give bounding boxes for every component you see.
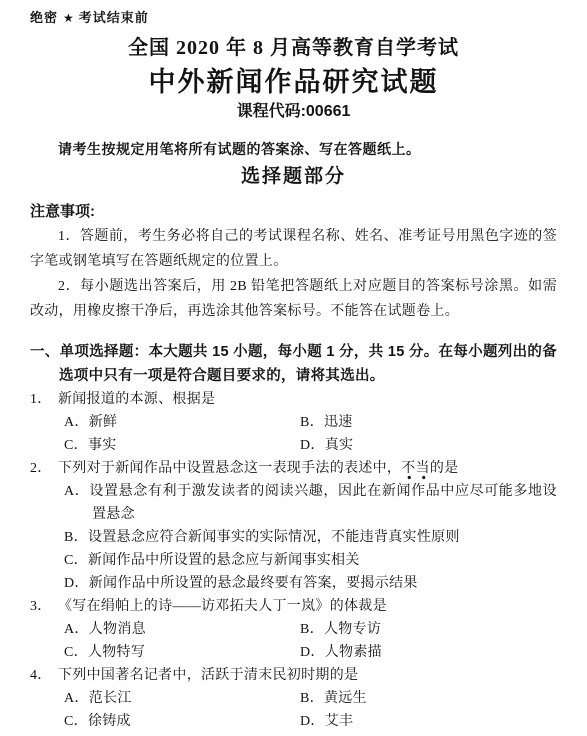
question-4-option-d: D．艾丰 [300, 710, 557, 733]
question-2-text-pre: 下列对于新闻作品中设置悬念这一表现手法的表述中， [58, 461, 401, 476]
question-3-options: A．人物消息 B．人物专访 C．人物特写 D．人物素描 [64, 618, 557, 664]
option-text: 新闻作品中所设置的悬念应与新闻事实相关 [88, 553, 360, 568]
option-text: 新鲜 [89, 415, 118, 430]
section-one-label: 一、单项选择题： [30, 344, 149, 360]
notes-title: 注意事项: [30, 199, 557, 224]
question-2-option-d: D．新闻作品中所设置的悬念最终要有答案，要揭示结果 [64, 572, 557, 595]
question-1-option-a: A．新鲜 [64, 411, 300, 434]
question-1-text: 新闻报道的本源、根据是 [58, 392, 215, 407]
exam-subject-title: 中外新闻作品研究试题 [30, 65, 557, 99]
question-2-emphasized-text: 不当 [401, 461, 430, 480]
note-item-1: 1．答题前，考生务必将自己的考试课程名称、姓名、准考证号用黑色字迹的签字笔或钢笔… [30, 224, 557, 274]
question-2-option-c: C．新闻作品中所设置的悬念应与新闻事实相关 [64, 549, 557, 572]
option-text: 设置悬念有利于激发读者的阅读兴趣，因此在新闻作品中应尽可能多地设置悬念 [89, 484, 557, 522]
exam-session-title: 全国 2020 年 8 月高等教育自学考试 [30, 35, 557, 61]
option-key: D． [300, 438, 325, 453]
question-3-stem: 3．《写在绢帕上的诗——访邓拓夫人丁一岚》的体裁是 [30, 595, 557, 618]
question-3-option-d: D．人物素描 [300, 641, 557, 664]
question-2-stem: 2．下列对于新闻作品中设置悬念这一表现手法的表述中，不当的是 [30, 457, 557, 480]
option-key: D． [300, 714, 325, 729]
question-3-option-a: A．人物消息 [64, 618, 300, 641]
question-1-number: 1． [30, 388, 58, 411]
option-text: 人物特写 [88, 645, 145, 660]
question-3-option-c: C．人物特写 [64, 641, 300, 664]
option-key: A． [64, 415, 89, 430]
question-1-option-c: C．事实 [64, 434, 300, 457]
option-text: 事实 [88, 438, 117, 453]
option-key: D． [64, 576, 89, 591]
option-text: 迅速 [324, 415, 353, 430]
option-text: 人物专访 [324, 622, 381, 637]
section-one-heading: 一、单项选择题：本大题共 15 小题，每小题 1 分，共 15 分。在每小题列出… [30, 340, 557, 388]
question-2: 2．下列对于新闻作品中设置悬念这一表现手法的表述中，不当的是 A．设置悬念有利于… [30, 457, 557, 595]
question-2-options: A．设置悬念有利于激发读者的阅读兴趣，因此在新闻作品中应尽可能多地设置悬念 B．… [64, 480, 557, 595]
question-3-number: 3． [30, 595, 58, 618]
question-4-stem: 4．下列中国著名记者中，活跃于清末民初时期的是 [30, 664, 557, 687]
option-text: 黄远生 [324, 691, 367, 706]
question-2-text-post: 的是 [430, 461, 459, 476]
option-key: B． [64, 530, 88, 545]
question-3-option-b: B．人物专访 [300, 618, 557, 641]
classification-line: 绝密★考试结束前 [30, 10, 557, 26]
question-2-option-a: A．设置悬念有利于激发读者的阅读兴趣，因此在新闻作品中应尽可能多地设置悬念 [64, 480, 557, 526]
option-text: 范长江 [89, 691, 132, 706]
option-text: 徐铸成 [88, 714, 131, 729]
question-4: 4．下列中国著名记者中，活跃于清末民初时期的是 A．范长江 B．黄远生 C．徐铸… [30, 664, 557, 733]
question-3-text: 《写在绢帕上的诗——访邓拓夫人丁一岚》的体裁是 [58, 599, 387, 614]
option-key: C． [64, 553, 88, 568]
option-text: 艾丰 [325, 714, 354, 729]
course-code: 课程代码:00661 [30, 101, 557, 123]
question-3: 3．《写在绢帕上的诗——访邓拓夫人丁一岚》的体裁是 A．人物消息 B．人物专访 … [30, 595, 557, 664]
question-4-option-b: B．黄远生 [300, 687, 557, 710]
question-1-option-d: D．真实 [300, 434, 557, 457]
option-key: C． [64, 645, 88, 660]
option-key: C． [64, 714, 88, 729]
timing-label: 考试结束前 [79, 10, 149, 25]
notes-block: 注意事项: 1．答题前，考生务必将自己的考试课程名称、姓名、准考证号用黑色字迹的… [30, 199, 557, 324]
question-1: 1．新闻报道的本源、根据是 A．新鲜 B．迅速 C．事实 D．真实 [30, 388, 557, 457]
question-4-option-a: A．范长江 [64, 687, 300, 710]
option-text: 真实 [325, 438, 354, 453]
exam-paper-page: 绝密★考试结束前 全国 2020 年 8 月高等教育自学考试 中外新闻作品研究试… [0, 0, 587, 736]
option-key: C． [64, 438, 88, 453]
option-key: A． [64, 622, 89, 637]
answer-instruction: 请考生按规定用笔将所有试题的答案涂、写在答题纸上。 [30, 137, 557, 161]
option-key: B． [300, 691, 324, 706]
question-2-number: 2． [30, 457, 58, 480]
question-4-option-c: C．徐铸成 [64, 710, 300, 733]
question-4-text: 下列中国著名记者中，活跃于清末民初时期的是 [58, 668, 358, 683]
option-key: A． [64, 691, 89, 706]
option-key: D． [300, 645, 325, 660]
question-4-number: 4． [30, 664, 58, 687]
question-4-options: A．范长江 B．黄远生 C．徐铸成 D．艾丰 [64, 687, 557, 733]
note-item-2: 2．每小题选出答案后，用 2B 铅笔把答题纸上对应题目的答案标号涂黑。如需改动，… [30, 274, 557, 324]
option-key: B． [300, 415, 324, 430]
question-1-stem: 1．新闻报道的本源、根据是 [30, 388, 557, 411]
part-title: 选择题部分 [30, 163, 557, 191]
star-icon: ★ [63, 11, 74, 25]
option-text: 人物消息 [89, 622, 146, 637]
question-1-option-b: B．迅速 [300, 411, 557, 434]
option-text: 设置悬念应符合新闻事实的实际情况，不能违背真实性原则 [88, 530, 460, 545]
option-key: B． [300, 622, 324, 637]
security-label: 绝密 [30, 10, 58, 25]
option-text: 新闻作品中所设置的悬念最终要有答案，要揭示结果 [89, 576, 418, 591]
question-1-options: A．新鲜 B．迅速 C．事实 D．真实 [64, 411, 557, 457]
option-text: 人物素描 [325, 645, 382, 660]
question-2-option-b: B．设置悬念应符合新闻事实的实际情况，不能违背真实性原则 [64, 526, 557, 549]
option-key: A． [64, 484, 89, 499]
